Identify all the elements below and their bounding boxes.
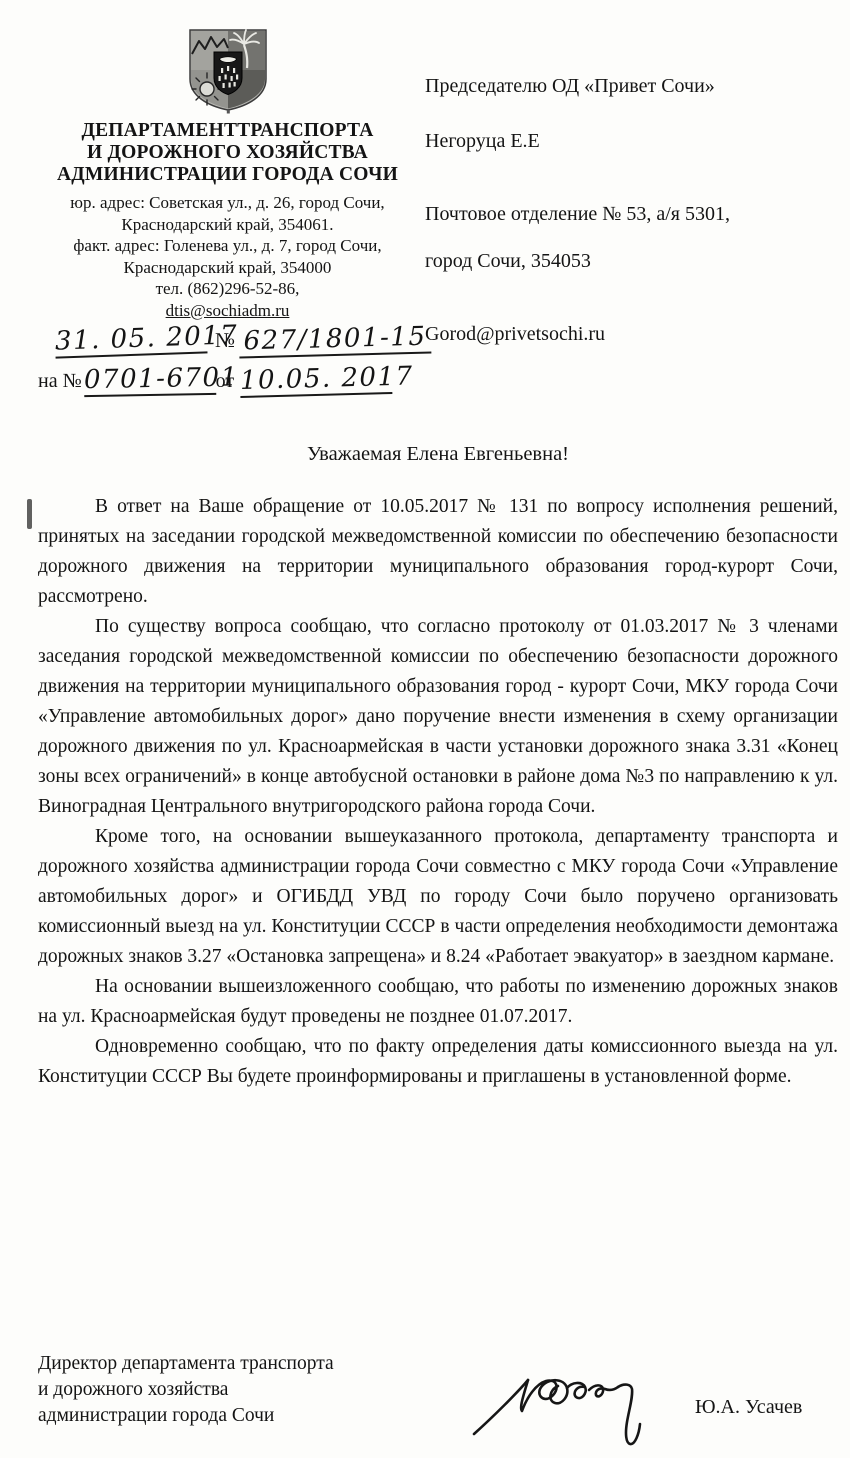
recipient-address-line: город Сочи, 354053 — [425, 249, 835, 274]
reference-line-outgoing: 31. 05. 2017№627/1801-15 — [55, 324, 431, 356]
incoming-date-handwritten: 10.05. 2017 — [240, 362, 393, 398]
outgoing-date-handwritten: 31. 05. 2017 — [54, 321, 207, 358]
outgoing-number-handwritten: 627/1801-15 — [239, 321, 432, 358]
handwritten-signature — [468, 1342, 668, 1452]
address-line: юр. адрес: Советская ул., д. 26, город С… — [30, 192, 425, 214]
signer-position: Директор департамента транспорта и дорож… — [38, 1351, 458, 1429]
letter-page: ДЕПАРТАМЕНТТРАНСПОРТА И ДОРОЖНОГО ХОЗЯЙС… — [0, 0, 850, 1458]
org-name-line: АДМИНИСТРАЦИИ ГОРОДА СОЧИ — [30, 164, 425, 186]
letter-body: В ответ на Ваше обращение от 10.05.2017 … — [38, 492, 838, 1092]
reference-line-incoming: на №0701-6701от10.05. 2017 — [38, 364, 392, 396]
signer-position-line: и дорожного хозяйства — [38, 1377, 458, 1403]
address-line: Краснодарский край, 354061. — [30, 214, 425, 236]
recipient-title: Председателю ОД «Привет Сочи» — [425, 74, 835, 99]
incoming-prefix: на № — [38, 370, 82, 392]
paragraph: Одновременно сообщаю, что по факту опред… — [38, 1032, 838, 1092]
org-name-line: ДЕПАРТАМЕНТТРАНСПОРТА — [30, 120, 425, 142]
recipient-block: Председателю ОД «Привет Сочи» Негоруца Е… — [425, 74, 835, 347]
org-name-line: И ДОРОЖНОГО ХОЗЯЙСТВА — [30, 142, 425, 164]
recipient-email: Gorod@privetsochi.ru — [425, 322, 835, 347]
address-line: Краснодарский край, 354000 — [30, 257, 425, 279]
incoming-number-handwritten: 0701-6701 — [83, 363, 216, 397]
paragraph: По существу вопроса сообщаю, что согласн… — [38, 612, 838, 822]
recipient-address-line: Почтовое отделение № 53, а/я 5301, — [425, 202, 835, 227]
salutation: Уважаемая Елена Евгеньевна! — [38, 443, 838, 466]
signer-name: Ю.А. Усачев — [695, 1396, 845, 1419]
signer-position-line: Директор департамента транспорта — [38, 1351, 458, 1377]
org-address: юр. адрес: Советская ул., д. 26, город С… — [30, 192, 425, 321]
paragraph: На основании вышеизложенного сообщаю, чт… — [38, 972, 838, 1032]
signer-position-line: администрации города Сочи — [38, 1403, 458, 1429]
address-line: факт. адрес: Голенева ул., д. 7, город С… — [30, 235, 425, 257]
paragraph: Кроме того, на основании вышеуказанного … — [38, 822, 838, 972]
org-email: dtis@sochiadm.ru — [30, 300, 425, 322]
letterhead: ДЕПАРТАМЕНТТРАНСПОРТА И ДОРОЖНОГО ХОЗЯЙС… — [30, 26, 425, 321]
paragraph: В ответ на Ваше обращение от 10.05.2017 … — [38, 492, 838, 612]
scan-artifact — [27, 499, 32, 529]
recipient-name: Негоруца Е.Е — [425, 129, 835, 154]
org-name: ДЕПАРТАМЕНТТРАНСПОРТА И ДОРОЖНОГО ХОЗЯЙС… — [30, 120, 425, 186]
address-line: тел. (862)296-52-86, — [30, 278, 425, 300]
sochi-coat-of-arms-icon — [183, 26, 273, 114]
